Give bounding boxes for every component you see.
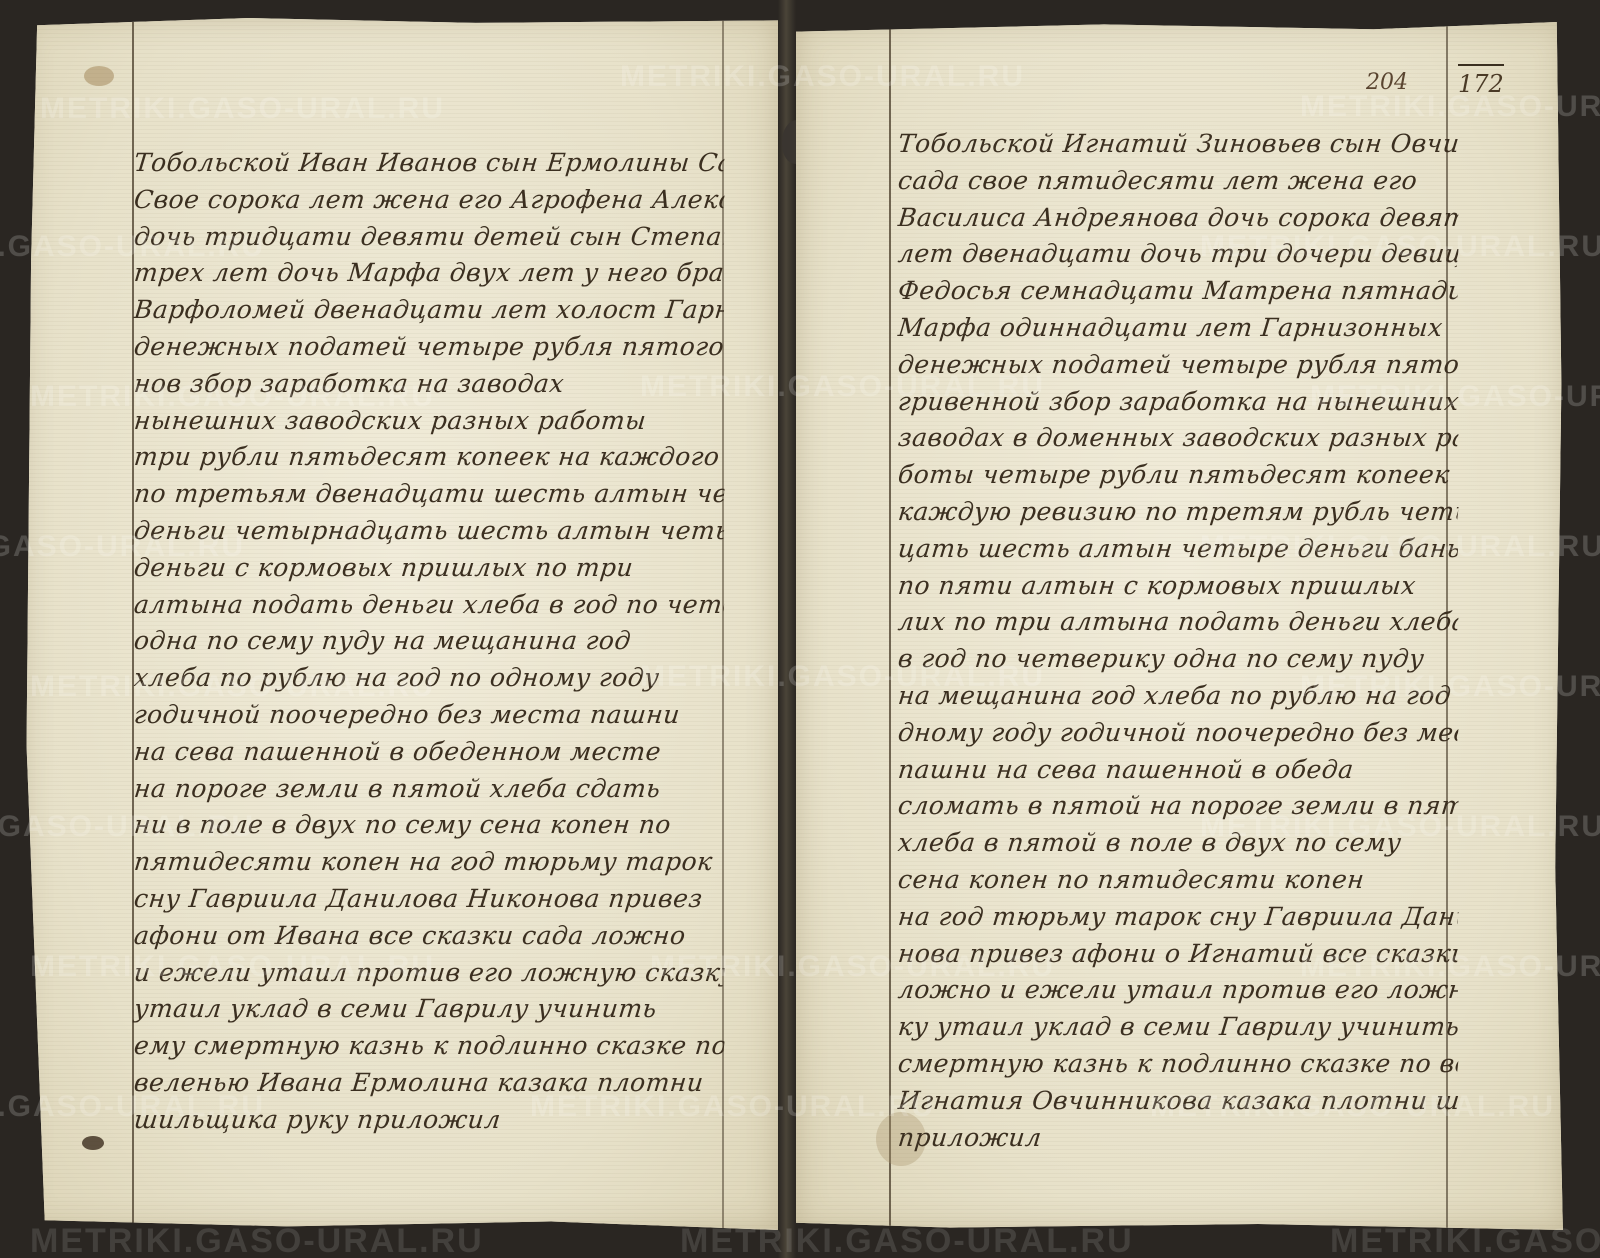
text-line: Тобольской Иван Иванов сын Ермолины Сада xyxy=(132,145,726,182)
text-line: нов збор заработка на заводах xyxy=(132,366,726,403)
text-line: Василиса Андреянова дочь сорока девяти xyxy=(896,200,1460,237)
text-line: по третьям двенадцати шесть алтын четыре xyxy=(132,476,726,513)
text-line: лих по три алтына подать деньги хлеба xyxy=(896,604,1460,641)
text-line: трех лет дочь Марфа двух лет у него брат… xyxy=(132,255,726,292)
text-line: годичной поочередно без места пашни xyxy=(132,697,726,734)
text-line: смертную казнь к подлинно сказке по веле… xyxy=(896,1046,1460,1083)
document-scan: Тобольской Иван Иванов сын Ермолины Сада… xyxy=(0,0,1600,1258)
text-line: пашни на сева пашенной в обеда xyxy=(896,752,1460,789)
left-page-text: Тобольской Иван Иванов сын Ермолины Сада… xyxy=(134,145,724,1139)
right-page: 204 172 Тобольской Игнатий Зиновьев сын … xyxy=(796,22,1566,1230)
text-line: афони от Ивана все сказки сада ложно xyxy=(132,918,726,955)
text-line: сломать в пятой на пороге земли в пятой xyxy=(896,788,1460,825)
text-line: на мещанина год хлеба по рублю на год по… xyxy=(896,678,1460,715)
text-line: цать шесть алтын четыре деньги бань xyxy=(896,531,1460,568)
text-line: утаил уклад в семи Гаврилу учинить xyxy=(132,991,726,1028)
text-line: одна по сему пуду на мещанина год xyxy=(132,623,726,660)
text-line: деньги четырнадцать шесть алтын четыре xyxy=(132,513,726,550)
text-line: пятидесяти копен на год тюрьму тарок xyxy=(132,844,726,881)
text-line: Игнатия Овчинникова казака плотни шильщи… xyxy=(896,1083,1460,1120)
text-line: на сева пашенной в обеденном месте xyxy=(132,734,726,771)
text-line: шильщика руку приложил xyxy=(132,1102,726,1139)
left-page: Тобольской Иван Иванов сын Ермолины Сада… xyxy=(22,18,778,1230)
text-line: боты четыре рубли пятьдесят копеек на xyxy=(896,457,1460,494)
text-line: нова привез афони о Игнатий все сказки с… xyxy=(896,936,1460,973)
text-line: гривенной збор заработка на нынешних xyxy=(896,384,1460,421)
text-line: ку утаил уклад в семи Гаврилу учинить ег… xyxy=(896,1009,1460,1046)
text-line: Федосья семнадцати Матрена пятнадцати xyxy=(896,273,1460,310)
text-line: приложил xyxy=(896,1120,1460,1157)
text-line: нынешних заводских разных работы xyxy=(132,403,726,440)
watermark: METRIKI.GASO-URAL.RU xyxy=(30,1222,484,1258)
text-line: и ежели утаил против его ложную сказку xyxy=(132,955,726,992)
text-line: ни в поле в двух по сему сена копен по xyxy=(132,807,726,844)
text-line: дному году годичной поочередно без места xyxy=(896,715,1460,752)
text-line: три рубли пятьдесят копеек на каждого ре… xyxy=(132,439,726,476)
text-line: ложно и ежели утаил против его ложную ск… xyxy=(896,972,1460,1009)
text-line: алтына подать деньги хлеба в год по четв… xyxy=(132,587,726,624)
text-line: хлеба в пятой в поле в двух по сему xyxy=(896,825,1460,862)
text-line: Варфоломей двенадцати лет холост Гарнизо… xyxy=(132,292,726,329)
text-line: каждую ревизию по третям рубль четыр xyxy=(896,494,1460,531)
text-line: Свое сорока лет жена его Агрофена Алексе… xyxy=(132,182,726,219)
archive-folio-number: 204 xyxy=(1366,70,1408,95)
text-line: заводах в доменных заводских разных ра xyxy=(896,420,1460,457)
text-line: на пороге земли в пятой хлеба сдать xyxy=(132,771,726,808)
text-line: дочь тридцати девяти детей сын Степан Ми… xyxy=(132,219,726,256)
book-gutter xyxy=(778,0,796,1258)
text-line: денежных податей четыре рубля пятого xyxy=(896,347,1460,384)
text-line: на год тюрьму тарок сну Гавриила Данилов… xyxy=(896,899,1460,936)
text-line: сну Гавриила Данилова Никонова привез xyxy=(132,881,726,918)
text-line: по пяти алтын с кормовых пришлых xyxy=(896,568,1460,605)
text-line: Тобольской Игнатий Зиновьев сын Овчинник… xyxy=(896,126,1460,163)
text-line: денежных податей четыре рубля пятого гри… xyxy=(132,329,726,366)
text-line: сена копен по пятидесяти копен xyxy=(896,862,1460,899)
paper-stain xyxy=(84,66,114,86)
text-line: веленью Ивана Ермолина казака плотни xyxy=(132,1065,726,1102)
text-line: деньги с кормовых пришлых по три xyxy=(132,550,726,587)
right-page-text: Тобольской Игнатий Зиновьев сын Овчинник… xyxy=(898,126,1458,1156)
text-line: лет двенадцати дочь три дочери девицы xyxy=(896,236,1460,273)
original-folio-number: 172 xyxy=(1458,70,1504,98)
text-line: хлеба по рублю на год по одному году xyxy=(132,660,726,697)
text-line: сада свое пятидесяти лет жена его xyxy=(896,163,1460,200)
text-line: в год по четверику одна по сему пуду xyxy=(896,641,1460,678)
text-line: ему смертную казнь к подлинно сказке по xyxy=(132,1028,726,1065)
text-line: Марфа одиннадцати лет Гарнизонных xyxy=(896,310,1460,347)
ink-blot xyxy=(82,1136,104,1150)
margin-rule xyxy=(889,22,891,1230)
